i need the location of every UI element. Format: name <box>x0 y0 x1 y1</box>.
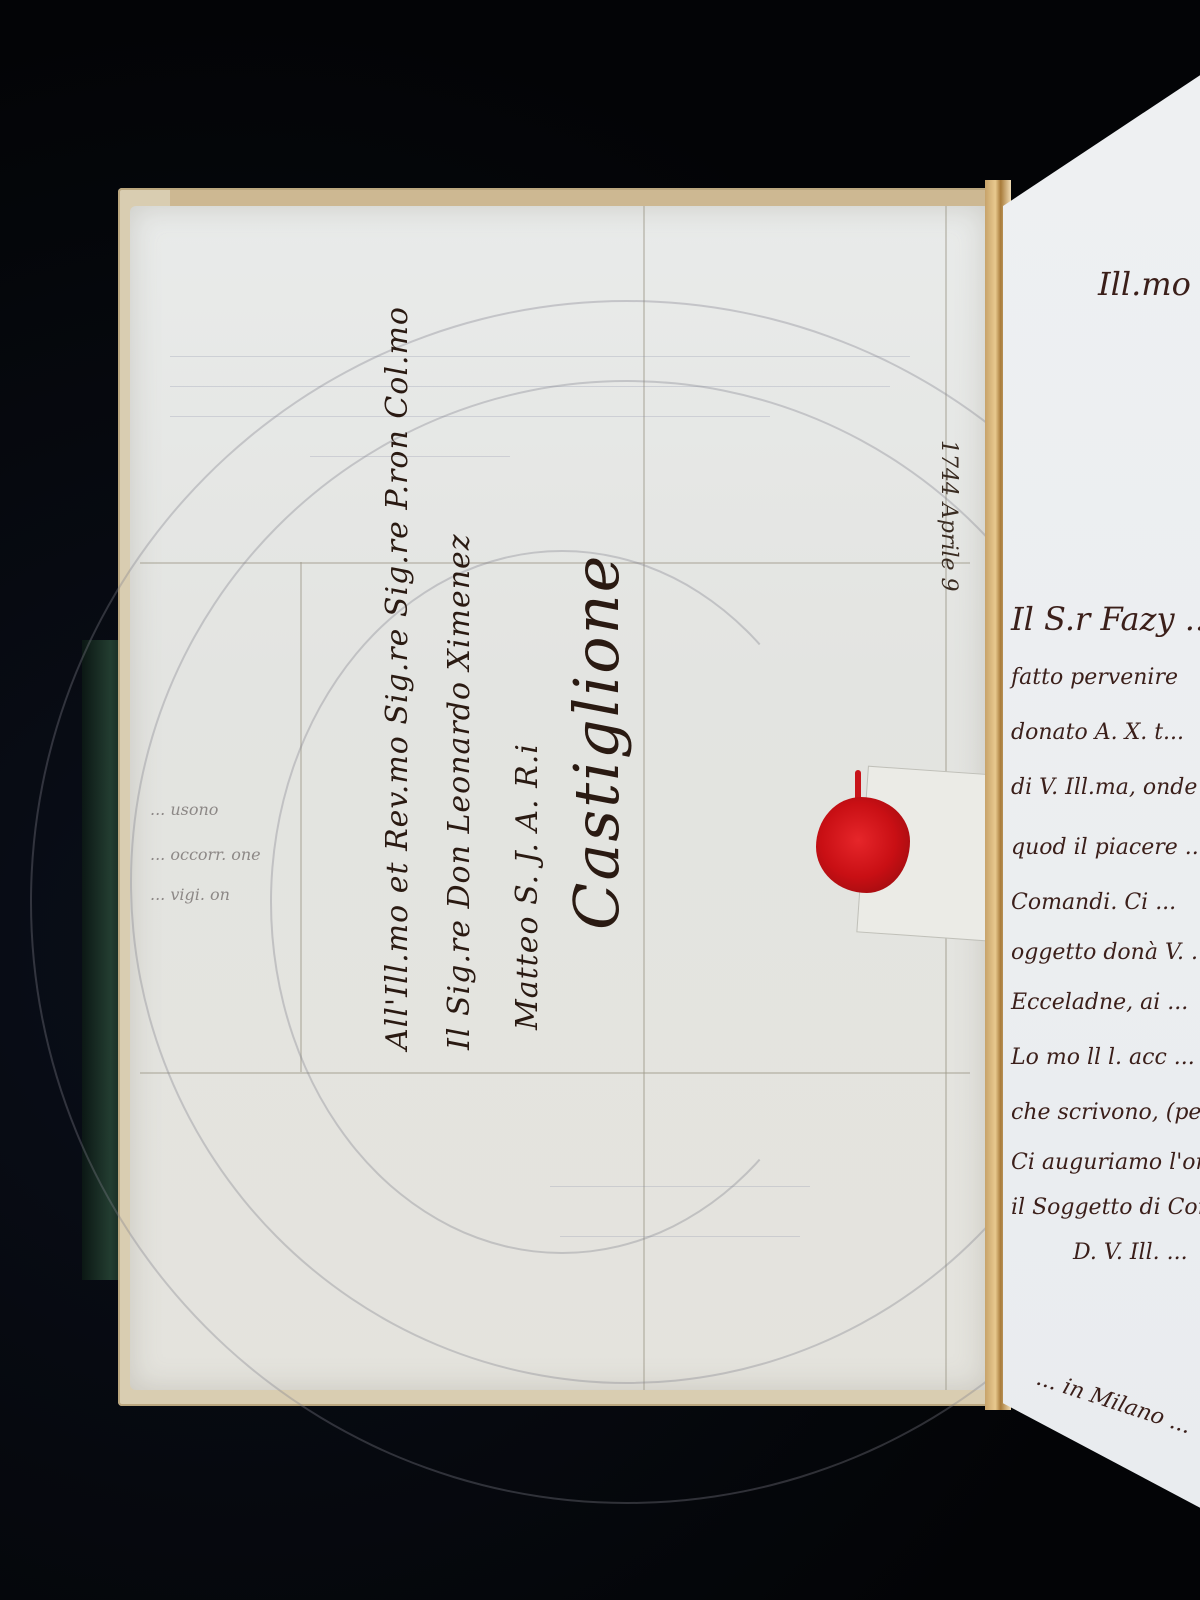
wax-seal <box>816 797 910 893</box>
page-line: Ecceladne, ai ... <box>1011 990 1188 1015</box>
address-line-2: Il Sig.re Don Leonardo Ximenez <box>442 533 477 1050</box>
signature-castiglione: Castiglione <box>560 554 633 930</box>
page-line: il Soggetto di Cong ... <box>1011 1195 1200 1220</box>
facing-page: Ill.mo Il S.r Fazy ... fatto pervenire d… <box>1003 60 1200 1520</box>
page-line: donato A. X. t... <box>1011 720 1184 745</box>
page-line: fatto pervenire <box>1011 665 1178 690</box>
page-line: di V. Ill.ma, onde ... <box>1011 775 1200 800</box>
page-line: Lo mo ll l. acc ... <box>1011 1045 1195 1070</box>
page-line: D. V. Ill. ... <box>1073 1240 1188 1265</box>
address-panel: All'Ill.mo et Rev.mo Sig.re Sig.re P.ron… <box>380 570 650 1050</box>
date-note: 1744 Aprile 9 <box>935 440 965 660</box>
page-line: che scrivono, (per ... <box>1011 1100 1200 1125</box>
page-footer: ... in Milano ... <box>1033 1366 1194 1440</box>
page-line: Ci auguriamo l'on ... <box>1011 1150 1200 1175</box>
address-line-1: All'Ill.mo et Rev.mo Sig.re Sig.re P.ron… <box>380 306 415 1050</box>
margin-fragment: ... vigi. on <box>150 885 230 904</box>
page-line: quod il piacere ... <box>1011 835 1200 860</box>
page-line: oggetto donà V. ... <box>1011 940 1200 965</box>
margin-fragment: ... usono <box>150 800 218 819</box>
page-line: Comandi. Ci ... <box>1011 890 1176 915</box>
date-note-text: 1744 Aprile 9 <box>936 440 961 592</box>
margin-fragment: ... occorr. one <box>150 845 261 864</box>
address-line-3: Matteo S. J. A. R.i <box>510 743 545 1030</box>
page-line: Il S.r Fazy ... <box>1011 600 1200 638</box>
page-heading: Ill.mo <box>1098 265 1191 303</box>
